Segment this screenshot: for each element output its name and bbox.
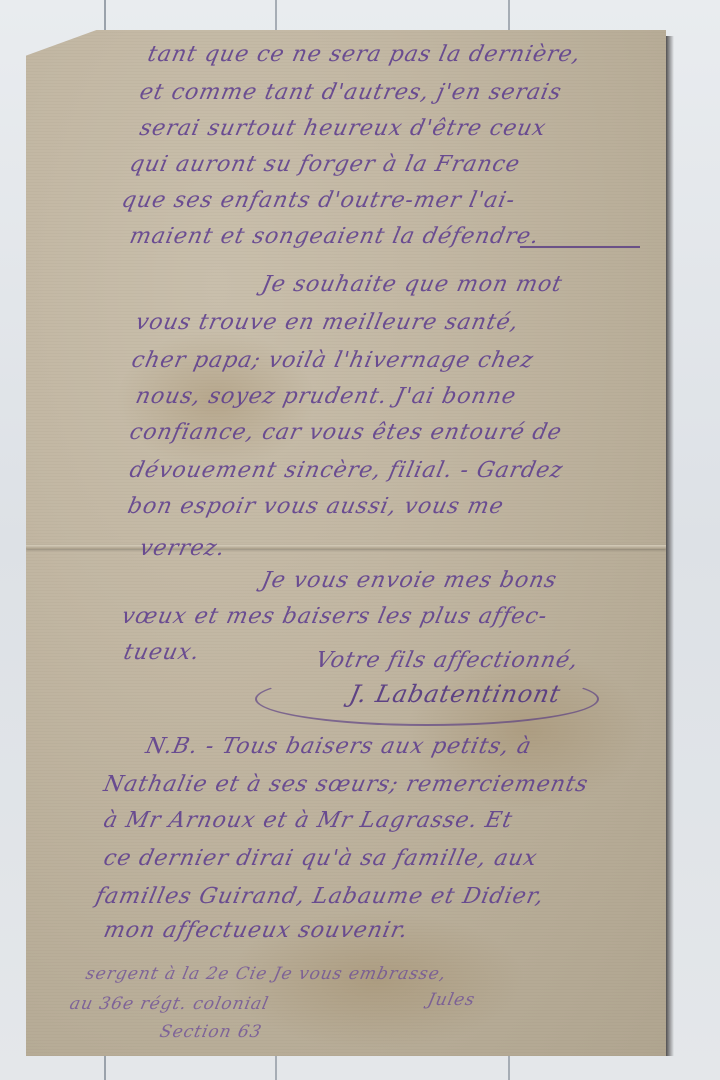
- letter-line: et comme tant d'autres, j'en serais: [137, 80, 564, 105]
- signature: J. Labatentinont: [347, 680, 564, 708]
- postscript-line: à Mr Arnoux et à Mr Lagrasse. Et: [101, 808, 515, 833]
- postscript-line: mon affectueux souvenir.: [101, 918, 410, 943]
- letter-line: vœux et mes baisers les plus affec-: [119, 604, 550, 629]
- letter-line: Je vous envoie mes bons: [259, 568, 559, 593]
- letter-line: nous, soyez prudent. J'ai bonne: [133, 384, 518, 409]
- footer-line: au 36e régt. colonial: [68, 994, 271, 1014]
- postscript-line: ce dernier dirai qu'à sa famille, aux: [101, 846, 540, 871]
- letter-line: cher papa; voilà l'hivernage chez: [129, 348, 536, 373]
- postscript-line: Nathalie et à ses sœurs; remerciements: [101, 772, 590, 797]
- footer-line: sergent à la 2e Cie Je vous embrasse,: [84, 964, 448, 984]
- letter-line: vous trouve en meilleure santé,: [133, 310, 521, 335]
- letter-line: verrez.: [137, 536, 227, 561]
- letter-line: bon espoir vous aussi, vous me: [125, 494, 506, 519]
- letter-line: confiance, car vous êtes entouré de: [127, 420, 564, 445]
- postscript-line: N.B. - Tous baisers aux petits, à: [143, 734, 534, 759]
- letter-line: que ses enfants d'outre-mer l'ai-: [119, 188, 517, 213]
- letter-line: Votre fils affectionné,: [313, 648, 581, 673]
- footer-line: Section 63: [158, 1022, 264, 1042]
- footer-signature: Jules: [426, 990, 477, 1010]
- underline-stroke: [520, 246, 640, 248]
- fold-crease: [26, 545, 666, 549]
- letter-line: maient et songeaient la défendre.: [127, 224, 541, 249]
- letter-line: Je souhaite que mon mot: [259, 272, 565, 297]
- letter-line: qui auront su forger à la France: [127, 152, 522, 177]
- letter-line: tant que ce ne sera pas la dernière,: [145, 42, 583, 67]
- letter-line: tueux.: [121, 640, 202, 665]
- postscript-line: familles Guirand, Labaume et Didier,: [93, 884, 546, 909]
- letter-line: serai surtout heureux d'être ceux: [137, 116, 548, 141]
- letter-line: dévouement sincère, filial. - Gardez: [127, 458, 565, 483]
